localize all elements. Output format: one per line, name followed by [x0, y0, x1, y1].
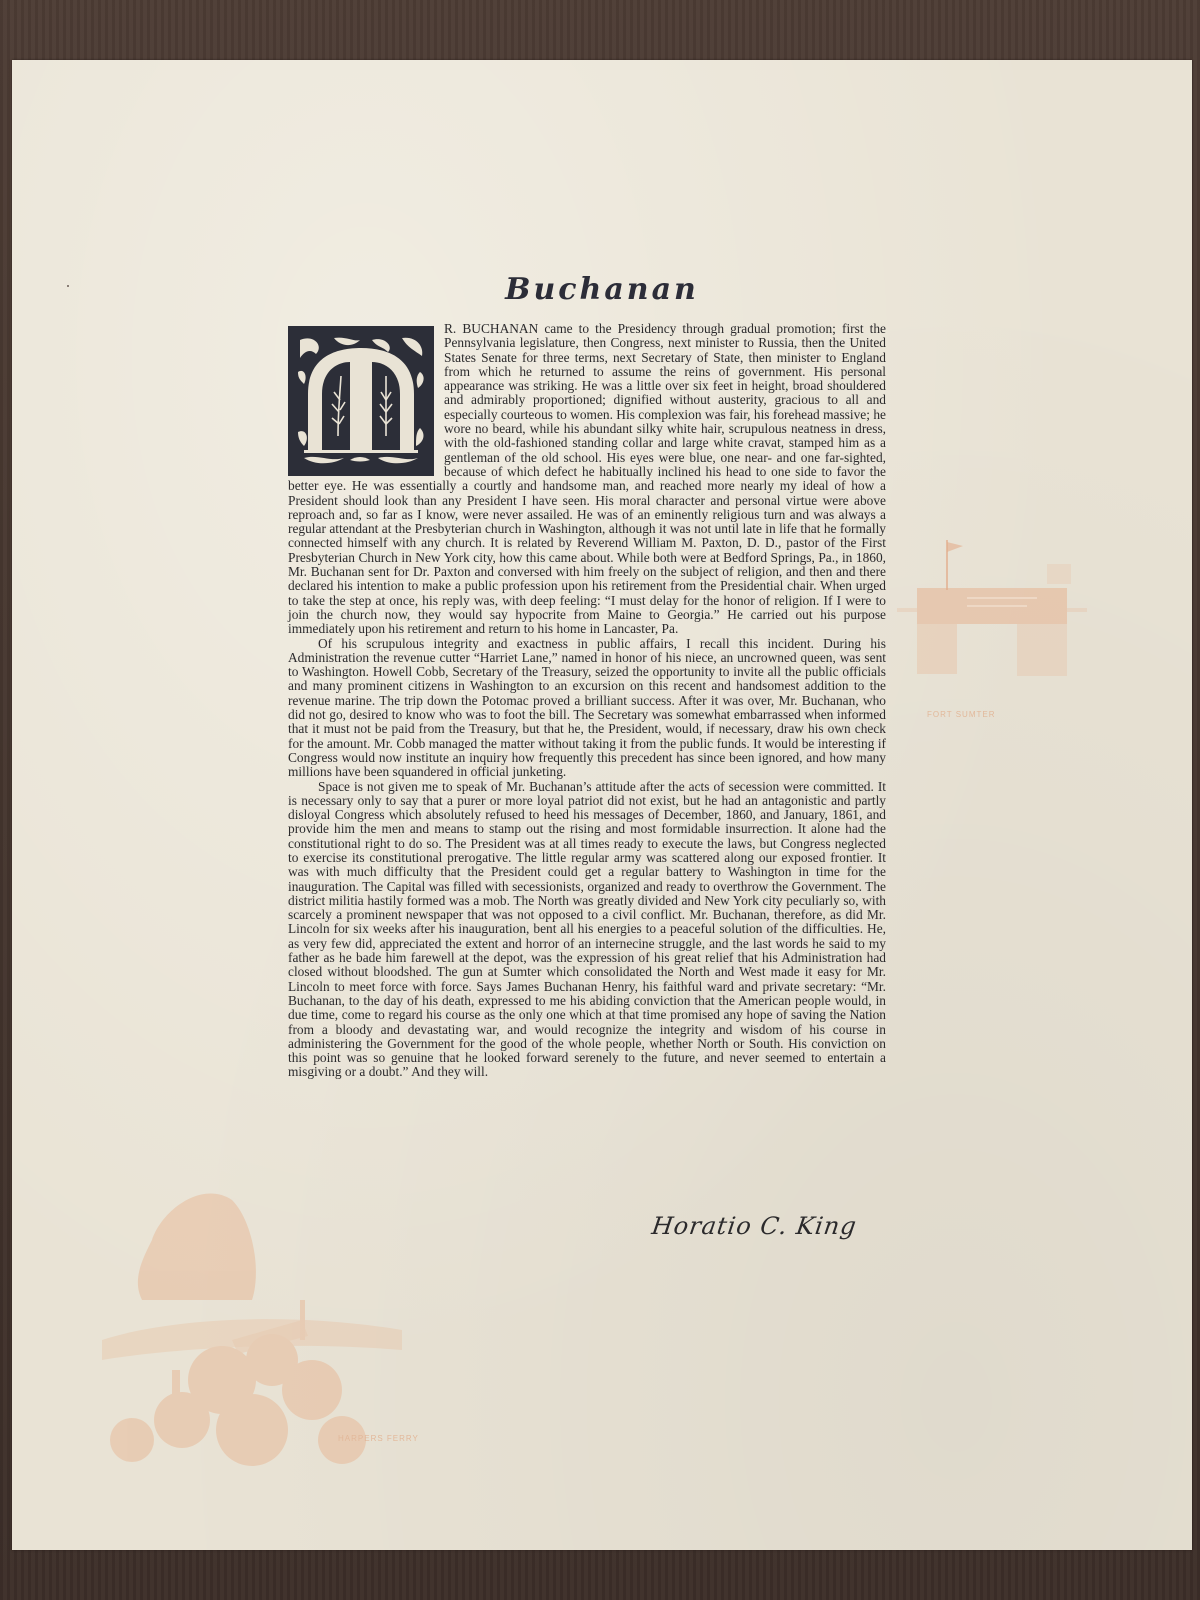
author-signature: Horatio C. King: [650, 1212, 859, 1240]
illustration-caption-left: HARPERS FERRY: [338, 1434, 419, 1443]
article-body: R. BUCHANAN came to the Presidency throu…: [288, 322, 886, 1080]
printed-page: Buchanan: [12, 60, 1192, 1550]
paragraph-1: R. BUCHANAN came to the Presidency throu…: [288, 322, 886, 637]
paragraph-2: Of his scrupulous integrity and exactnes…: [288, 637, 886, 780]
illustration-caption-right: FORT SUMTER: [927, 710, 995, 719]
harpers-ferry-illustration: HARPERS FERRY: [102, 1140, 432, 1470]
page-title: Buchanan: [12, 272, 1192, 307]
fort-sumter-illustration: FORT SUMTER: [897, 520, 1087, 700]
drop-cap-spacer: [288, 322, 444, 478]
paragraph-3: Space is not given me to speak of Mr. Bu…: [288, 780, 886, 1080]
